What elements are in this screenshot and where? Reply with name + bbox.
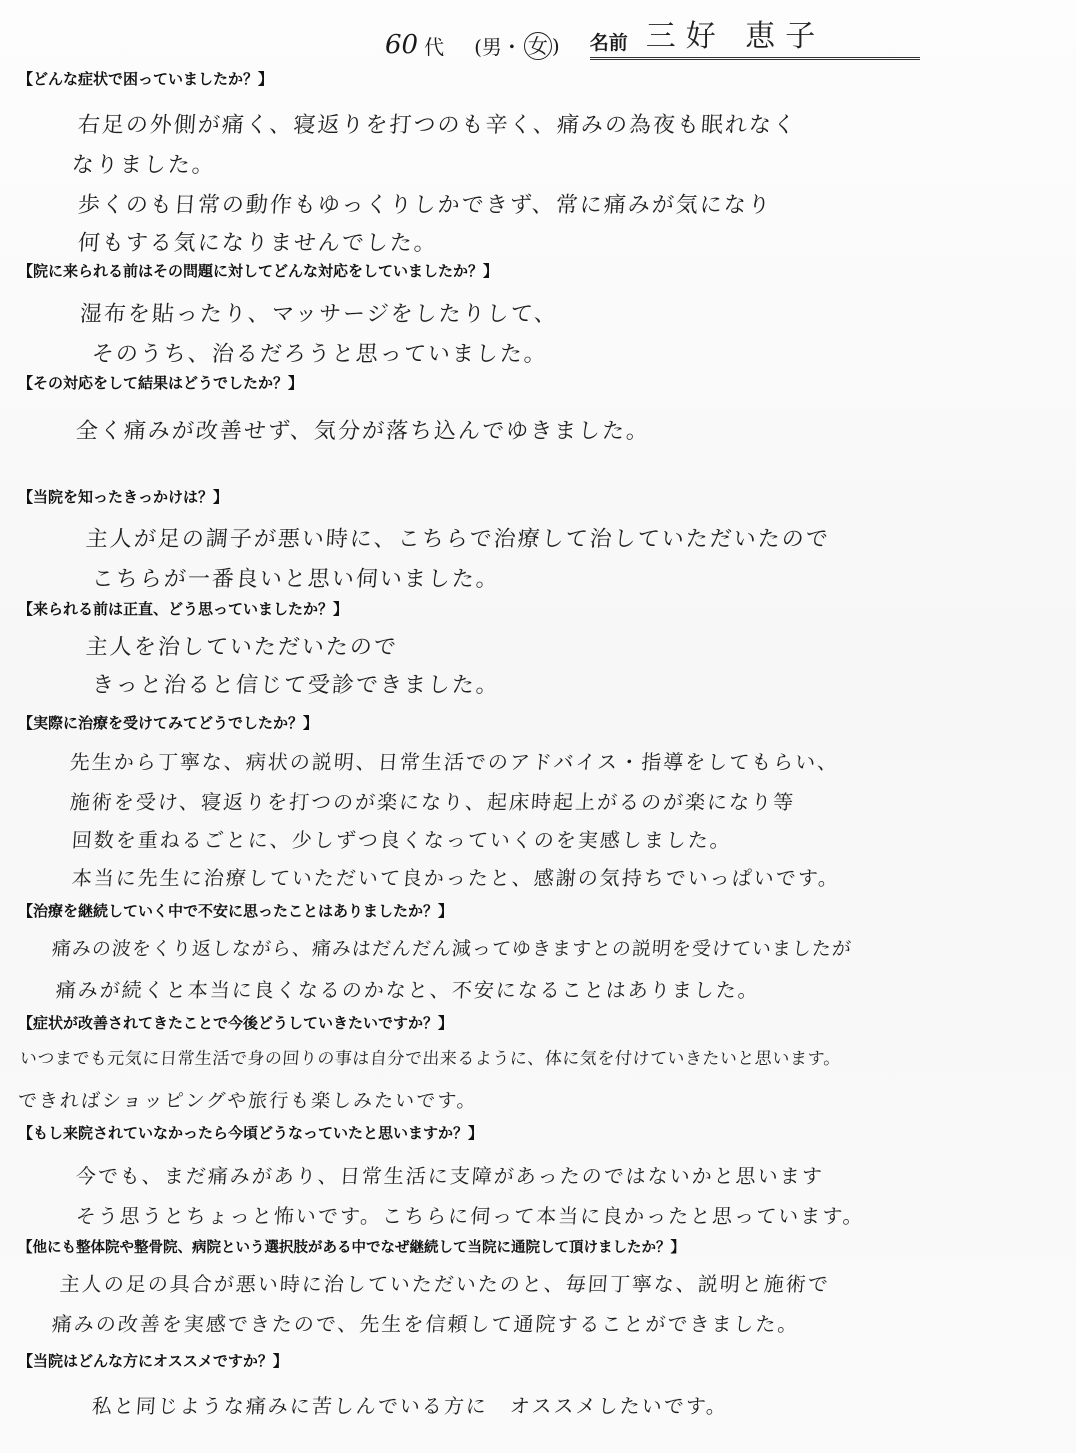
name-field: 名前 三好 恵子 [590, 11, 920, 60]
answer-line: 回数を重ねるごとに、少しずつ良くなっていくのを実感しました。 [71, 824, 733, 853]
answer-line: 痛みが続くと本当に良くなるのかなと、不安になることはありました。 [55, 974, 761, 1003]
respondent-header: 60 代 (男・ 女 ) 名前 三好 恵子 [385, 18, 985, 60]
answer-line: 痛みの波をくり返しながら、痛みはだんだん減ってゆきますとの説明を受けていましたが [51, 934, 853, 961]
question-anxiety: 【治療を継続していく中で不安に思ったことはありましたか？】 [18, 900, 453, 921]
age-value: 60 [385, 30, 418, 60]
answer-line: 主人を治していただいたので [85, 630, 399, 661]
question-recommend-to: 【当院はどんな方にオススメですか？】 [18, 1350, 288, 1371]
answer-line: 本当に先生に治療していただいて良かったと、感謝の気持ちでいっぱいです。 [71, 862, 841, 891]
gender-close: ) [552, 34, 560, 58]
name-label: 名前 [590, 28, 628, 55]
answer-line: 今でも、まだ痛みがあり、日常生活に支障があったのではないかと思います [75, 1160, 825, 1189]
answer-line: なりました。 [71, 148, 217, 179]
answer-line: 歩くのも日常の動作もゆっくりしかできず、常に痛みが気になり [77, 188, 773, 219]
answer-line: そう思うとちょっと怖いです。こちらに伺って本当に良かったと思っています。 [75, 1200, 866, 1229]
answer-line: 湿布を貼ったり、マッサージをしたりして、 [79, 297, 559, 328]
answer-line: いつまでも元気に日常生活で身の回りの事は自分で出来るように、体に気を付けていきた… [19, 1044, 842, 1069]
answer-line: できればショッピングや旅行も楽しみたいです。 [17, 1086, 479, 1113]
question-why-continued: 【他にも整体院や整骨院、病院という選択肢がある中でなぜ継続して当院に通院して頂け… [18, 1236, 685, 1257]
question-future-plans: 【症状が改善されてきたことで今後どうしていきたいですか？】 [18, 1012, 453, 1033]
answer-line: こちらが一番良いと思い伺いました。 [91, 562, 501, 593]
answer-line: 先生から丁寧な、病状の説明、日常生活でのアドバイス・指導をしてもらい、 [69, 746, 840, 775]
gender-field: (男・ 女 ) [474, 31, 560, 60]
question-without-visit: 【もし来院されていなかったら今頃どうなっていたと思いますか？】 [18, 1122, 483, 1143]
question-result: 【その対応をして結果はどうでしたか？】 [18, 372, 303, 393]
question-prior-measures: 【院に来られる前はその問題に対してどんな対応をしていましたか？】 [18, 260, 498, 281]
answer-line: 主人が足の調子が悪い時に、こちらで治療して治していただいたので [85, 522, 831, 553]
gender-selected-circle: 女 [524, 32, 552, 60]
answer-line: 施術を受け、寝返りを打つのが楽になり、起床時起上がるのが楽になり等 [69, 786, 796, 815]
answer-line: 主人の足の具合が悪い時に治していただいたのと、毎回丁寧な、説明と施術で [59, 1268, 831, 1297]
age-suffix: 代 [424, 31, 444, 60]
answer-line: 痛みの改善を実感できたので、先生を信頼して通院することができました。 [51, 1308, 801, 1337]
question-symptoms: 【どんな症状で困っていましたか？】 [18, 68, 273, 89]
answer-line: 私と同じような痛みに苦しんでいる方に オススメしたいです。 [91, 1390, 729, 1419]
answer-line: きっと治ると信じて受診できました。 [91, 668, 501, 699]
answer-line: 何もする気になりませんでした。 [77, 226, 439, 257]
gender-open: (男・ [474, 31, 522, 60]
answer-line: 右足の外側が痛く、寝返りを打つのも辛く、痛みの為夜も眠れなく [77, 108, 798, 139]
name-value: 三好 恵子 [646, 11, 826, 55]
question-expectations: 【来られる前は正直、どう思っていましたか？】 [18, 598, 348, 619]
question-how-found: 【当院を知ったきっかけは？】 [18, 486, 228, 507]
answer-line: 全く痛みが改善せず、気分が落ち込んでゆきました。 [75, 414, 651, 445]
question-experience: 【実際に治療を受けてみてどうでしたか？】 [18, 712, 318, 733]
answer-line: そのうち、治るだろうと思っていました。 [91, 337, 549, 368]
